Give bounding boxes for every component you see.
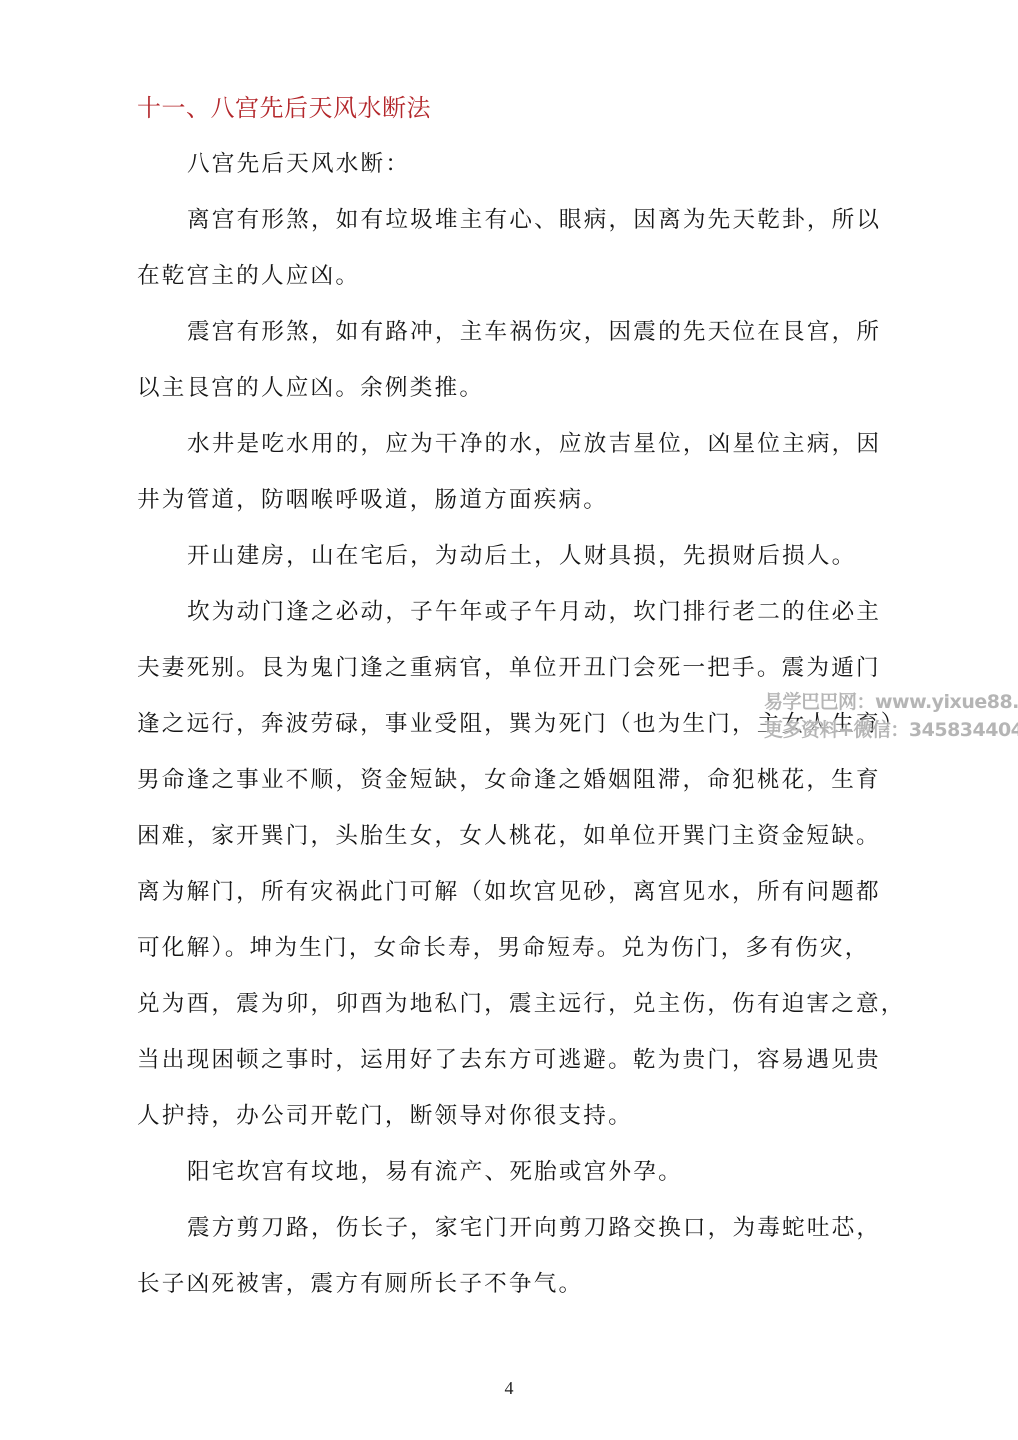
text-line: 可化解）。坤为生门，女命长寿，男命短寿。兑为伤门，多有伤灾， [137,931,887,965]
text-line: 坎为动门逢之必动，子午年或子午月动，坎门排行老二的住必主 [187,595,937,629]
document-page: 十一、八宫先后天风水断法 八宫先后天风水断： 离宫有形煞，如有垃圾堆主有心、眼病… [0,0,1018,1440]
section-title: 十一、八宫先后天风水断法 [137,90,431,126]
text-line: 阳宅坎宫有坟地，易有流产、死胎或宫外孕。 [187,1155,937,1189]
text-line: 八宫先后天风水断： [187,147,937,181]
watermark: 易学巴巴网：www.yixue88.cn 更多资料+微信：3458344044 [764,688,1014,744]
text-line: 当出现困顿之事时，运用好了去东方可逃避。乾为贵门，容易遇见贵 [137,1043,887,1077]
text-line: 兑为酉，震为卯，卯酉为地私门，震主远行，兑主伤，伤有迫害之意， [137,987,887,1021]
text-line: 以主艮宫的人应凶。余例类推。 [137,371,887,405]
text-line: 井为管道，防咽喉呼吸道，肠道方面疾病。 [137,483,887,517]
text-line: 震方剪刀路，伤长子，家宅门开向剪刀路交换口，为毒蛇吐芯， [187,1211,937,1245]
text-line: 离为解门，所有灾祸此门可解（如坎宫见砂，离宫见水，所有问题都 [137,875,887,909]
text-line: 水井是吃水用的，应为干净的水，应放吉星位，凶星位主病，因 [187,427,937,461]
text-line: 男命逢之事业不顺，资金短缺，女命逢之婚姻阻滞，命犯桃花，生育 [137,763,887,797]
text-line: 长子凶死被害，震方有厕所长子不争气。 [137,1267,887,1301]
text-line: 震宫有形煞，如有路冲，主车祸伤灾，因震的先天位在艮宫，所 [187,315,937,349]
text-line: 开山建房，山在宅后，为动后土，人财具损，先损财后损人。 [187,539,937,573]
text-line: 困难，家开巽门，头胎生女，女人桃花，如单位开巽门主资金短缺。 [137,819,887,853]
watermark-contact: 更多资料+微信：3458344044 [764,716,1014,744]
text-line: 人护持，办公司开乾门，断领导对你很支持。 [137,1099,887,1133]
text-line: 离宫有形煞，如有垃圾堆主有心、眼病，因离为先天乾卦，所以 [187,203,937,237]
watermark-site: 易学巴巴网：www.yixue88.cn [764,688,1014,716]
text-line: 夫妻死别。艮为鬼门逢之重病官，单位开丑门会死一把手。震为遁门 [137,651,887,685]
text-line: 在乾宫主的人应凶。 [137,259,887,293]
page-number: 4 [0,1378,1018,1399]
